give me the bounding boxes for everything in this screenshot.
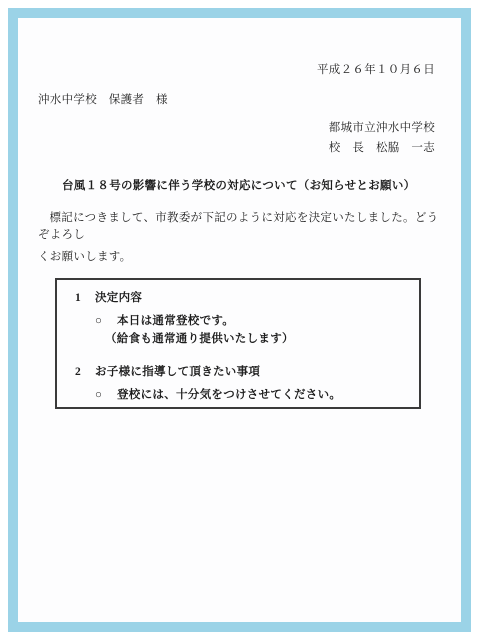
letter-date: 平成２６年１０月６日: [18, 18, 461, 79]
circle-marker: ○: [95, 387, 117, 404]
addressee: 沖水中学校 保護者 様: [18, 92, 461, 109]
scanned-page-frame: 平成２６年１０月６日 沖水中学校 保護者 様 都城市立沖水中学校 校 長 松脇 …: [8, 8, 471, 632]
letter-body: 標記につきまして、市教委が下記のように対応を決定いたしました。どうぞよろし くお…: [18, 210, 461, 265]
notice-box: 1決定内容 ○本日は通常登校です。 （給食も通常通り提供いたします） 2お子様に…: [55, 278, 421, 409]
section-1-heading: 1決定内容: [57, 290, 419, 307]
circle-marker: ○: [95, 313, 117, 330]
sender-principal: 校 長 松脇 一志: [18, 140, 461, 157]
section-1-heading-text: 決定内容: [95, 292, 142, 304]
section-1-item: ○本日は通常登校です。: [57, 313, 419, 330]
section-1-number: 1: [75, 290, 95, 307]
section-2-item: ○登校には、十分気をつけさせてください。: [57, 387, 419, 404]
section-2-heading: 2お子様に指導して頂きたい事項: [57, 364, 419, 381]
section-1-item-note: （給食も通常通り提供いたします）: [57, 331, 419, 348]
letter-document: 平成２６年１０月６日 沖水中学校 保護者 様 都城市立沖水中学校 校 長 松脇 …: [18, 18, 461, 622]
section-2-item-text: 登校には、十分気をつけさせてください。: [117, 389, 341, 401]
section-2-heading-text: お子様に指導して頂きたい事項: [95, 366, 260, 378]
body-line-1: 標記につきまして、市教委が下記のように対応を決定いたしました。どうぞよろし: [38, 210, 445, 243]
sender-organization: 都城市立沖水中学校: [18, 120, 461, 137]
section-2-number: 2: [75, 364, 95, 381]
section-1-item-text: 本日は通常登校です。: [117, 315, 234, 327]
letter-title: 台風１８号の影響に伴う学校の対応について（お知らせとお願い）: [18, 178, 461, 195]
body-line-2: くお願いします。: [38, 249, 445, 266]
